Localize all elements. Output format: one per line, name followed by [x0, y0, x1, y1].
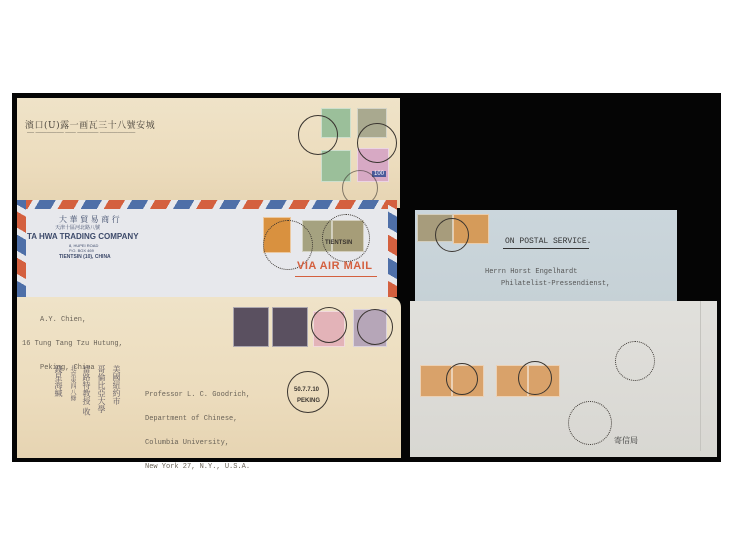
cover-bottom-left: A.Y. Chien, 16 Tung Tang Tzu Hutung, Pek…	[17, 297, 401, 458]
handwritten-column: 哥倫比亞大學	[96, 365, 107, 416]
cover-airmail: 大 華 貿 易 商 行 天津十區河北路八號 TA HWA TRADING COM…	[17, 200, 397, 297]
company-address-cjk: 天津十區河北路八號	[55, 224, 100, 231]
cover-top-left: 濱口(U)露一画瓦三十八號安城 ── ──────── ─── ────── ─…	[17, 98, 400, 208]
handwritten-column: 錢星海緘	[53, 365, 64, 416]
postmark-text: TIENTSIN	[325, 240, 352, 246]
postmark-dotted	[615, 341, 655, 381]
cover-right-bottom: 寄信局	[410, 301, 717, 457]
postmark-city: PEKING	[297, 398, 320, 404]
recipient-line: Columbia University,	[145, 439, 250, 447]
recipient-line: Philatelist-Pressendienst,	[501, 280, 610, 288]
postmark-circle	[446, 363, 478, 395]
recipient-address: Professor L. C. Goodrich, Department of …	[145, 375, 250, 487]
flap-line	[700, 301, 701, 451]
postmark-peking: 50.7.7.10 PEKING	[287, 371, 329, 413]
recipient-line: Professor L. C. Goodrich,	[145, 391, 250, 399]
postmark-circle	[357, 309, 393, 345]
on-postal-service-label: ON POSTAL SERVICE.	[505, 238, 591, 246]
airmail-stripe-left	[17, 200, 26, 297]
recipient-line: New York 27, N.Y., U.S.A.	[145, 463, 250, 471]
via-air-mail-label: VIA AIR MAIL	[297, 260, 372, 272]
postmark-circle	[518, 361, 552, 395]
airmail-underline	[295, 276, 377, 277]
company-name: TA HWA TRADING COMPANY	[27, 232, 139, 241]
postmark-circle	[298, 115, 338, 155]
postmark-circle	[311, 307, 347, 343]
postmark-circle	[357, 123, 397, 163]
company-addr-3: TIENTSIN (10), CHINA	[59, 254, 111, 260]
stamp-portrait-2	[272, 307, 308, 347]
postmark-dotted	[322, 214, 370, 262]
seal-text: 寄信局	[614, 435, 638, 446]
handwritten-column: 北京東四八條	[68, 365, 77, 416]
recipient-line: Herrn Horst Engelhardt	[485, 268, 577, 276]
stamp-portrait-1	[233, 307, 269, 347]
return-address-sub: ── ──────── ─── ────── ──────────	[27, 130, 135, 136]
postmark-dotted	[568, 401, 612, 445]
sender-line: A.Y. Chien,	[22, 316, 123, 324]
sender-line: 16 Tung Tang Tzu Hutung,	[22, 340, 123, 348]
airmail-stripe-top	[17, 200, 397, 209]
postmark-circle	[435, 218, 469, 252]
handwritten-column: 美國紐約市	[111, 365, 122, 416]
recipient-line: Department of Chinese,	[145, 415, 250, 423]
service-underline	[503, 248, 589, 249]
cover-right-top: ON POSTAL SERVICE. Herrn Horst Engelhard…	[415, 210, 677, 302]
handwritten-address: 美國紐約市 哥倫比亞大學 富路特教授 收 北京東四八條 錢星海緘	[53, 365, 122, 416]
handwritten-column: 富路特教授 收	[81, 365, 92, 416]
postmark-date: 50.7.7.10	[294, 387, 319, 393]
airmail-stripe-right	[388, 200, 397, 297]
company-addr-2: P.O. BOX 469	[69, 248, 94, 253]
